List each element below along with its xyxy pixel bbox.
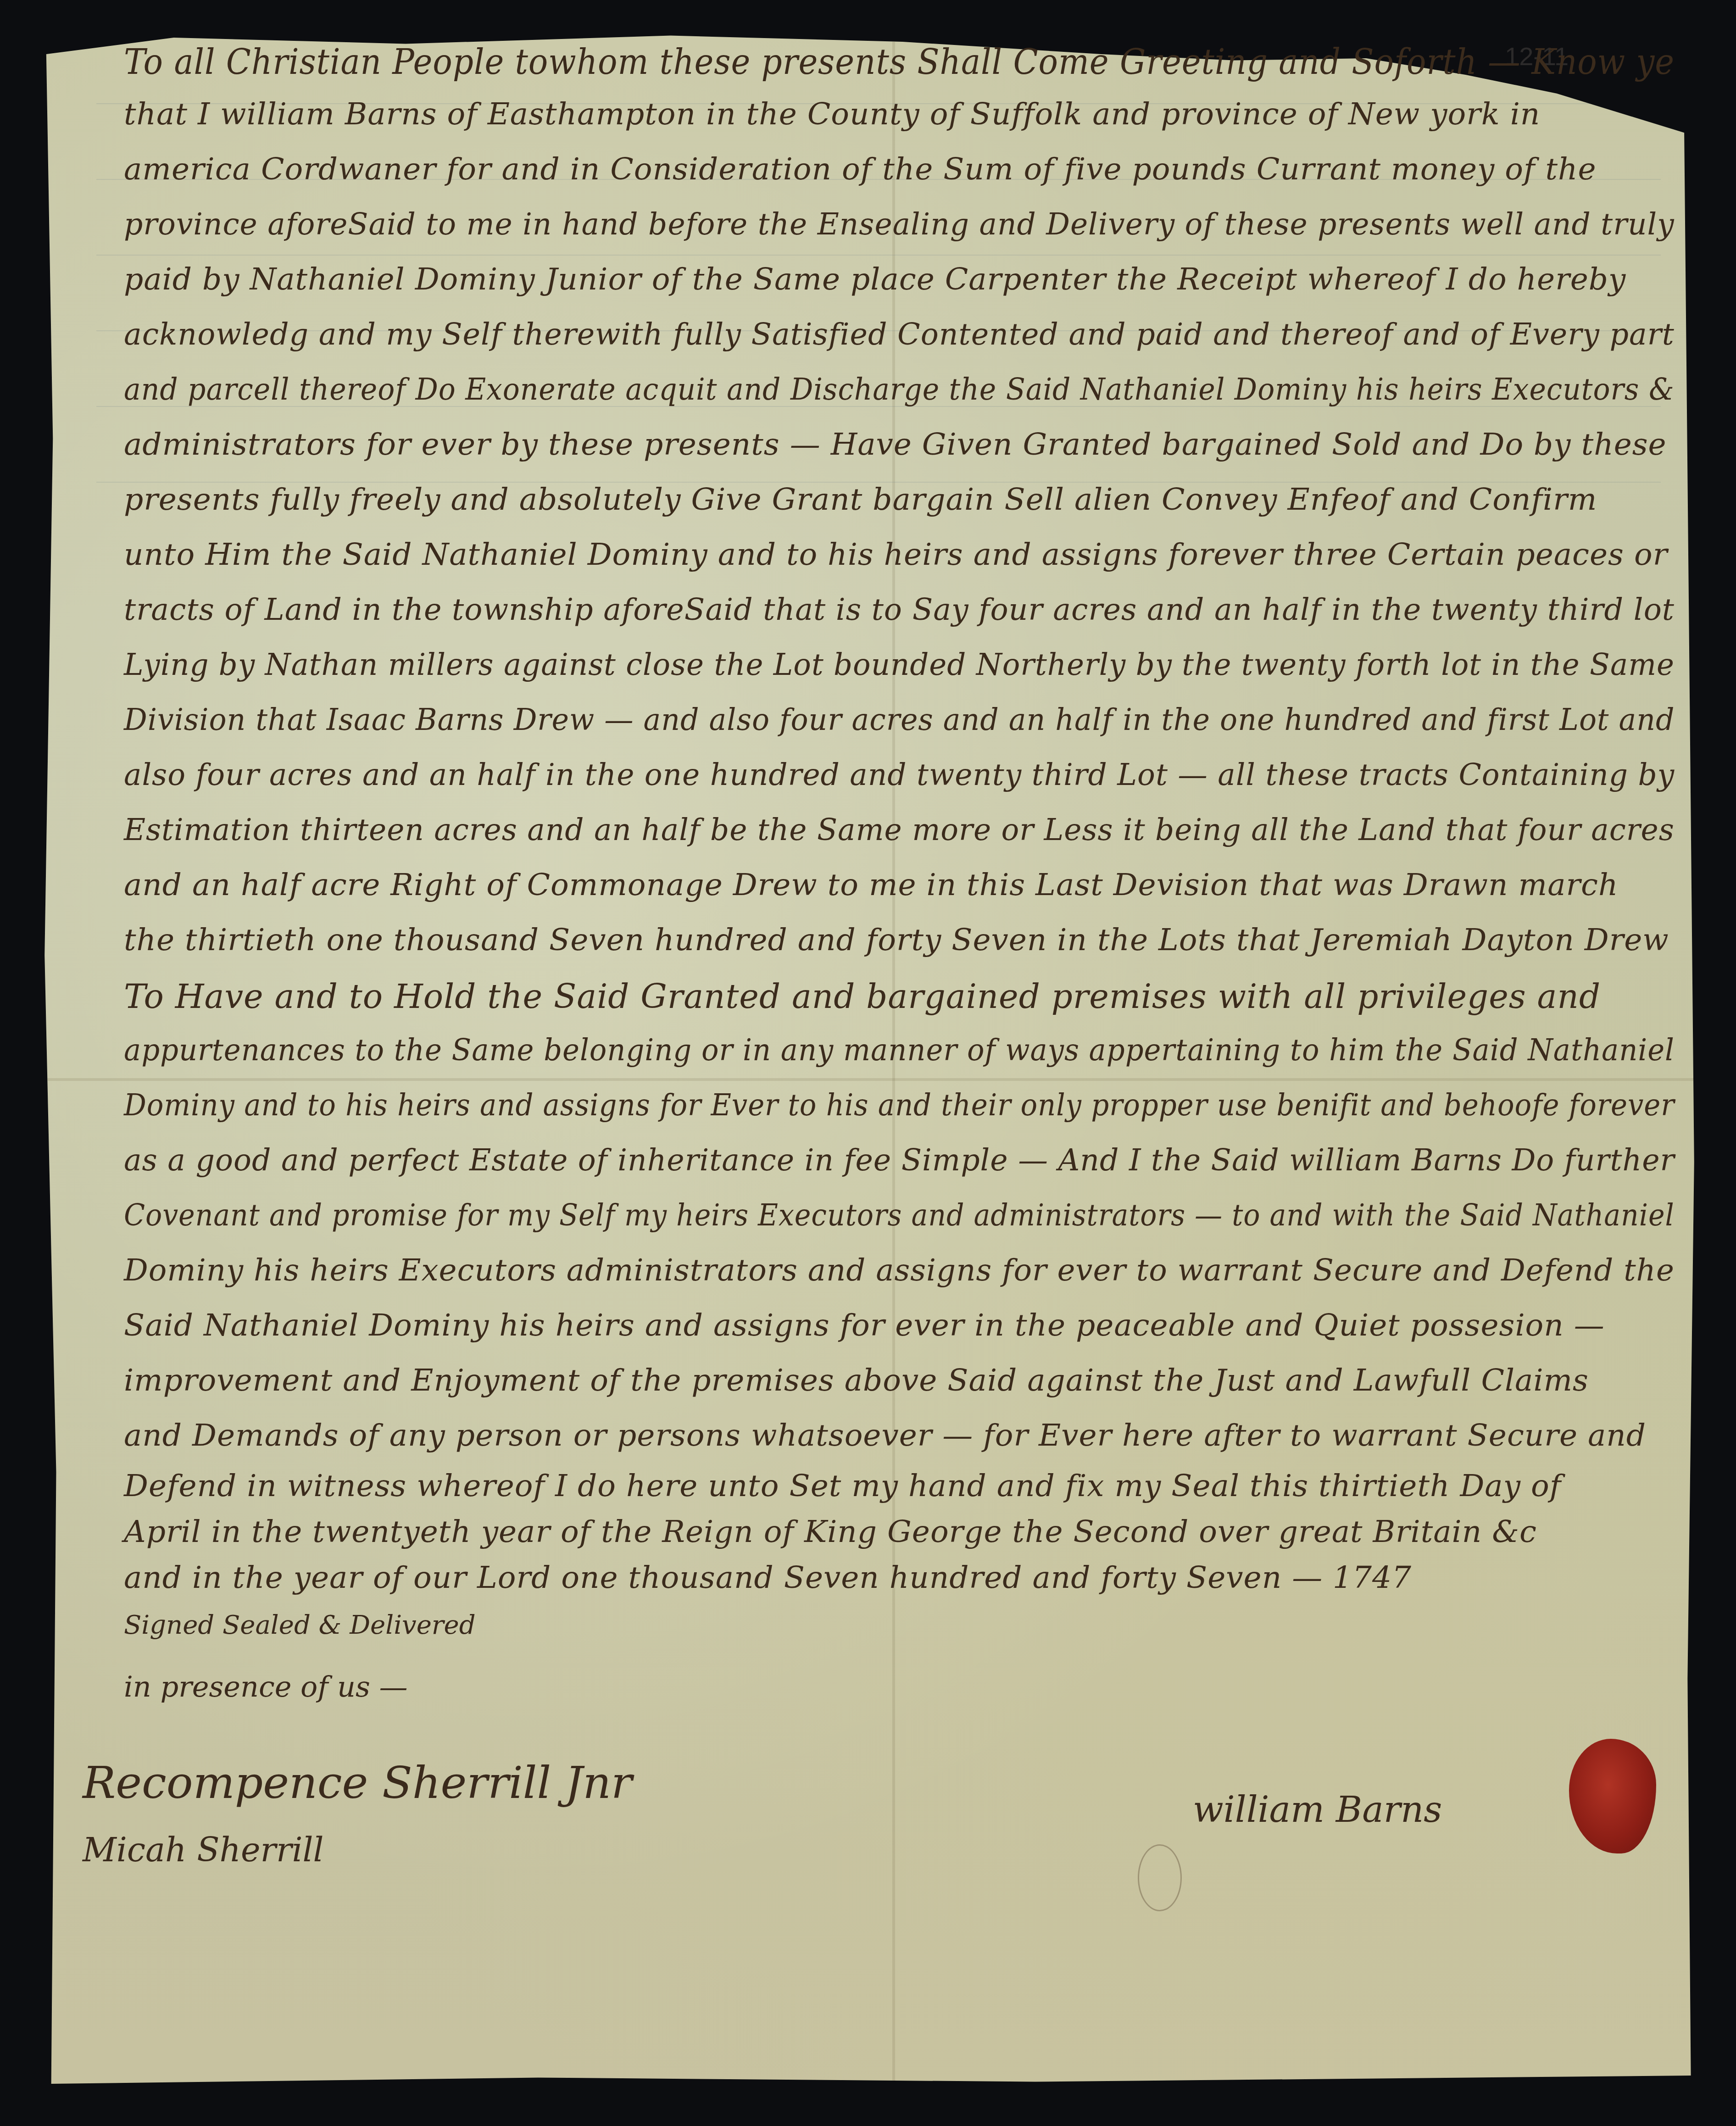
deed-line: Said Nathaniel Dominy his heirs and assi… xyxy=(124,1308,1605,1343)
deed-line: and parcell thereof Do Exonerate acquit … xyxy=(124,372,1675,407)
deed-line: and an half acre Right of Commonage Drew… xyxy=(124,867,1619,902)
grantor-signature: william Barns xyxy=(1193,1789,1442,1831)
deed-line-date: and in the year of our Lord one thousand… xyxy=(124,1560,1412,1595)
deed-line: Dominy his heirs Executors administrator… xyxy=(124,1252,1675,1288)
deed-line: Division that Isaac Barns Drew — and als… xyxy=(124,702,1675,737)
deed-line: April in the twentyeth year of the Reign… xyxy=(124,1514,1537,1549)
deed-line: presents fully freely and absolutely Giv… xyxy=(124,482,1597,517)
deed-line: tracts of Land in the township aforeSaid… xyxy=(124,592,1675,627)
deed-line: improvement and Enjoyment of the premise… xyxy=(124,1363,1589,1398)
witness-signature-1: Recompence Sherrill Jnr xyxy=(83,1757,632,1809)
deed-line: Defend in witness whereof I do here unto… xyxy=(124,1468,1561,1503)
deed-line: To all Christian People towhom these pre… xyxy=(124,41,1675,82)
deed-line: as a good and perfect Estate of inherita… xyxy=(124,1142,1675,1178)
deed-line: also four acres and an half in the one h… xyxy=(124,757,1675,792)
deed-line: Estimation thirteen acres and an half be… xyxy=(124,812,1675,847)
deed-line: america Cordwaner for and in Considerati… xyxy=(124,151,1597,187)
signature-flourish xyxy=(1138,1844,1182,1911)
deed-line: unto Him the Said Nathaniel Dominy and t… xyxy=(124,537,1668,572)
deed-line: Covenant and promise for my Self my heir… xyxy=(124,1197,1675,1233)
horizontal-fold-crease xyxy=(41,1078,1697,1081)
deed-line: Dominy and to his heirs and assigns for … xyxy=(124,1087,1675,1123)
attestation-signed-line: Signed Sealed & Delivered xyxy=(124,1610,476,1640)
attestation-presence-line: in presence of us — xyxy=(124,1670,408,1703)
deed-line: acknowledg and my Self therewith fully S… xyxy=(124,317,1675,352)
deed-line: the thirtieth one thousand Seven hundred… xyxy=(124,922,1669,957)
habendum-line: To Have and to Hold the Said Granted and… xyxy=(124,977,1601,1016)
witness-signature-2: Micah Sherrill xyxy=(83,1831,323,1869)
deed-line: paid by Nathaniel Dominy Junior of the S… xyxy=(124,262,1626,297)
deed-line: and Demands of any person or persons wha… xyxy=(124,1418,1646,1453)
deed-line: administrators for ever by these present… xyxy=(124,427,1667,462)
deed-line: Lying by Nathan millers against close th… xyxy=(124,647,1675,682)
deed-line: province aforeSaid to me in hand before … xyxy=(124,206,1675,242)
ruled-line xyxy=(96,255,1661,256)
deed-line: appurtenances to the Same belonging or i… xyxy=(124,1032,1675,1068)
deed-line: that I william Barns of Easthampton in t… xyxy=(124,96,1540,132)
